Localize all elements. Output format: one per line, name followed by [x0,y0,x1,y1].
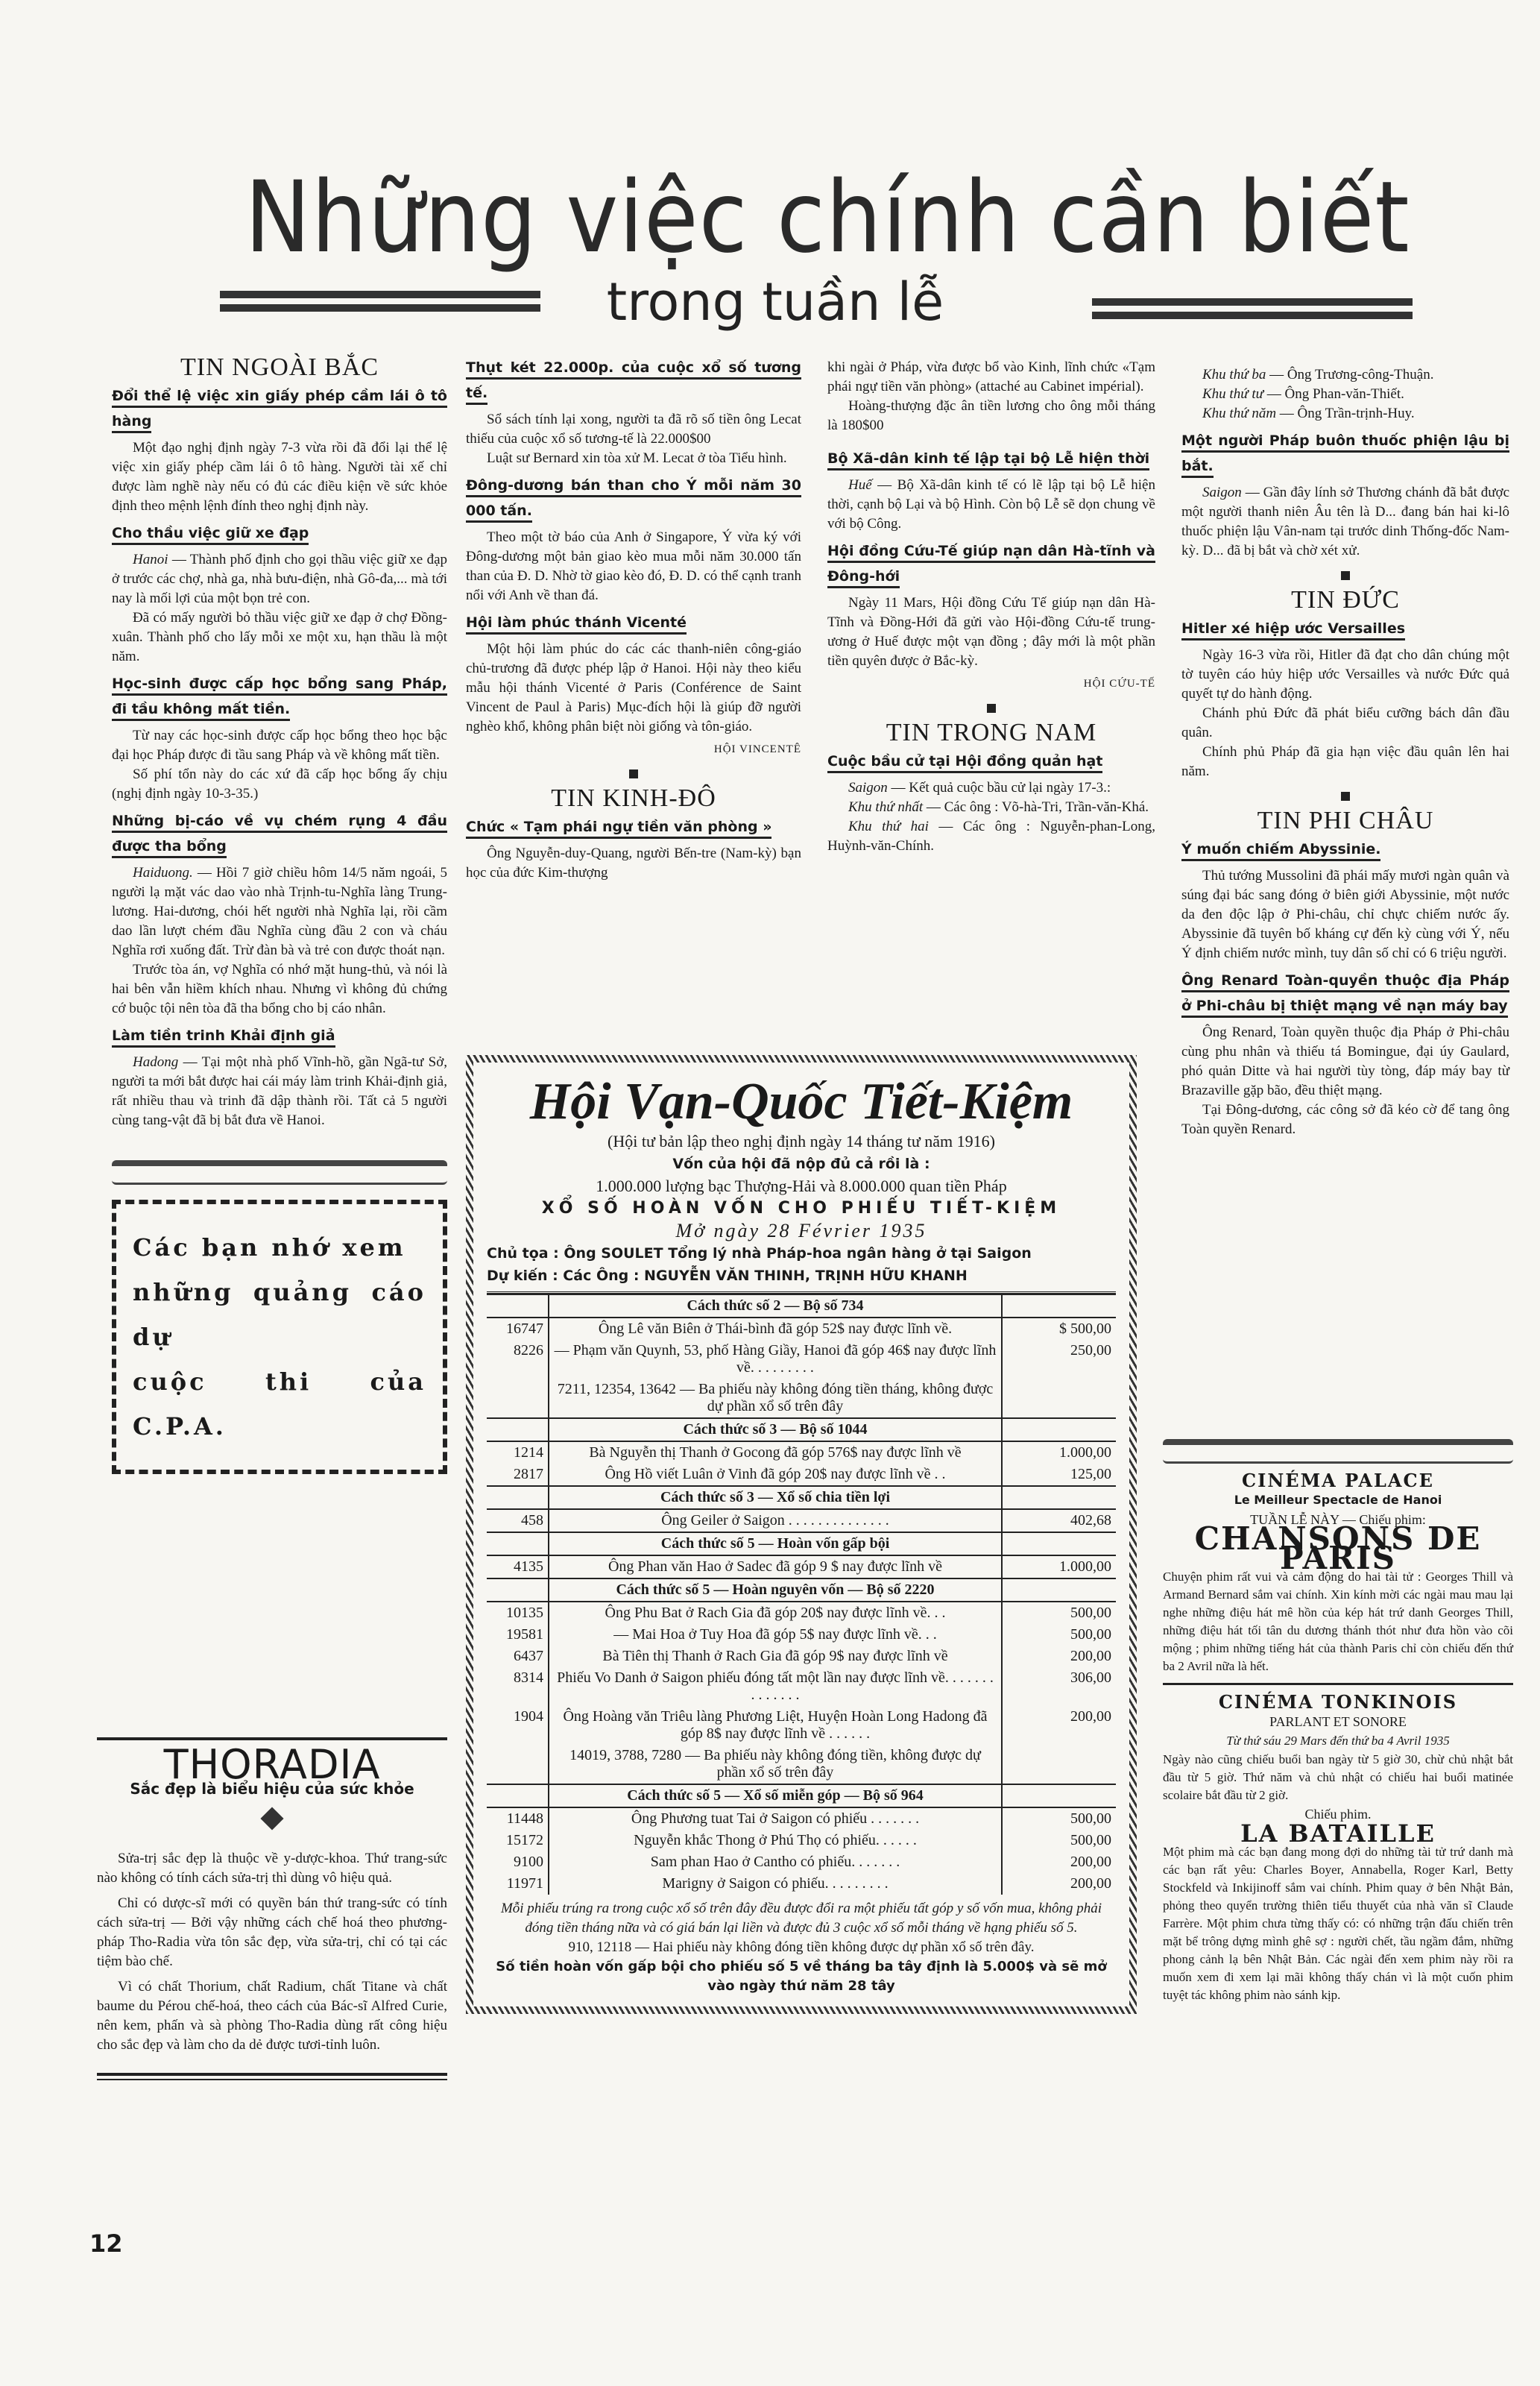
winner-description: 7211, 12354, 13642 — Ba phiếu này không … [549,1379,1002,1418]
article-body: khi ngài ở Pháp, vừa được bổ vào Kinh, l… [827,358,1155,397]
lottery-category-row: Cách thức số 5 — Xổ số miễn góp — Bộ số … [487,1784,1116,1807]
prize-amount: 200,00 [1002,1706,1116,1745]
article-body: Một đạo nghị định ngày 7-3 vừa rồi đã đổ… [112,438,447,516]
ticket-number: 6437 [487,1646,549,1667]
headline: Đổi thể lệ việc xin giấy phép cầm lái ô … [112,388,447,433]
ticket-number: 15172 [487,1830,549,1851]
winner-description: Cách thức số 5 — Hoàn vốn gấp bội [549,1532,1002,1555]
winner-description: Ông Geiler ở Saigon . . . . . . . . . . … [549,1509,1002,1532]
prize-amount: 500,00 [1002,1624,1116,1646]
lottery-winner-row: 458Ông Geiler ở Saigon . . . . . . . . .… [487,1509,1116,1532]
article-body: Theo một tờ báo của Anh ở Singapore, Ý v… [466,528,801,605]
headline: Làm tiền trinh Khải định giả [112,1027,335,1048]
prize-amount: 125,00 [1002,1464,1116,1486]
dateline: Saigon [848,780,888,796]
winner-description: Phiếu Vo Danh ở Saigon phiếu đóng tất mộ… [549,1667,1002,1706]
cinema-ads: CINÉMA PALACE Le Meilleur Spectacle de H… [1163,1432,1513,2004]
article-body: Đã có mấy người bỏ thầu việc giữ xe đạp … [112,608,447,667]
bullet-ornament-icon [629,769,638,778]
ticket-number: 11971 [487,1873,549,1895]
ticket-number: 8314 [487,1667,549,1706]
section-tin-kinh-do: TIN KINH-ĐÔ [466,789,801,808]
ticket-number: 19581 [487,1624,549,1646]
district-text: — Các ông : Võ-hà-Tri, Trần-văn-Khá. [927,799,1149,815]
dateline: Hadong [133,1054,178,1070]
winner-description: Ông Hoàng văn Triêu làng Phương Liệt, Hu… [549,1706,1002,1745]
lottery-winner-row: 8226— Phạm văn Quynh, 53, phố Hàng Giầy,… [487,1340,1116,1379]
prize-amount: 200,00 [1002,1873,1116,1895]
lottery-winner-row: 10135Ông Phu Bat ở Rach Gia đã góp 20$ n… [487,1602,1116,1624]
column-4: Khu thứ ba — Ông Trương-công-Thuận. Khu … [1181,365,1509,1139]
headline: Hội làm phúc thánh Vicenté [466,614,687,635]
winner-description: Bà Tiên thị Thanh ở Rach Gia đã góp 9$ n… [549,1646,1002,1667]
cinema-tonkinois-subtitle: PARLANT ET SONORE [1163,1712,1513,1731]
article-body: Thủ tướng Mussolini đã phái mấy mươi ngà… [1181,866,1509,963]
cinema-palace-slogan: Le Meilleur Spectacle de Hanoi [1163,1491,1513,1510]
thoradia-body: Sửa-trị sắc đẹp là thuộc về y-dược-khoa.… [97,1849,447,1888]
section-tin-trong-nam: TIN TRONG NAM [827,723,1155,743]
divider [1163,1683,1513,1685]
section-tin-duc: TIN ĐỨC [1181,591,1509,610]
winner-description: Sam phan Hao ở Cantho có phiếu. . . . . … [549,1851,1002,1873]
lottery-category-row: Cách thức số 5 — Hoàn vốn gấp bội [487,1532,1116,1555]
article-body: Trước tòa án, vợ Nghĩa có nhớ mặt hung-t… [112,960,447,1019]
ticket-number [487,1294,549,1318]
thoradia-ad: THORADIA Sắc đẹp là biểu hiệu của sức kh… [97,1737,447,2080]
thoradia-body: Vì có chất Thorium, chất Radium, chất Ti… [97,1977,447,2055]
lottery-winner-row: 8314Phiếu Vo Danh ở Saigon phiếu đóng tấ… [487,1667,1116,1706]
headline: Bộ Xã-dân kinh tế lập tại bộ Lễ hiện thờ… [827,450,1149,470]
article-body: Chính phủ Pháp đã gia hạn việc đầu quân … [1181,743,1509,781]
ticket-number: 458 [487,1509,549,1532]
ticket-number [487,1578,549,1602]
district-text: — Ông Trần-trịnh-Huy. [1280,406,1415,421]
film-title: CHANSONS DE PARIS [1163,1529,1513,1568]
column-2: Thụt két 22.000p. của cuộc xổ số tương t… [466,350,801,883]
lottery-category-row: Cách thức số 5 — Hoàn nguyên vốn — Bộ số… [487,1578,1116,1602]
cinema-tonkinois-dates: Từ thứ sáu 29 Mars đến thứ ba 4 Avril 19… [1163,1731,1513,1751]
article-body: Ngày 11 Mars, Hội đồng Cứu Tế giúp nạn d… [827,594,1155,671]
article-body: Chánh phủ Đức đã phát biểu cưỡng bách dâ… [1181,704,1509,743]
district-label: Khu thứ năm [1202,406,1276,421]
prize-amount: 200,00 [1002,1851,1116,1873]
ticket-number: 11448 [487,1807,549,1830]
lottery-winner-row: 11971Marigny ở Saigon có phiếu. . . . . … [487,1873,1116,1895]
winner-description: Nguyễn khắc Thong ở Phú Thọ có phiếu. . … [549,1830,1002,1851]
prize-amount [1002,1745,1116,1784]
headline: Cuộc bầu cử tại Hội đồng quản hạt [827,753,1102,773]
prize-amount: 1.000,00 [1002,1441,1116,1464]
article-body: Một hội làm phúc do các các thanh-niên c… [466,640,801,737]
article-body: Tại Đông-dương, các công sở đã kéo cờ để… [1181,1101,1509,1139]
lottery-winner-row: 19581— Mai Hoa ở Tuy Hoa đã góp 5$ nay đ… [487,1624,1116,1646]
winner-description: Marigny ở Saigon có phiếu. . . . . . . .… [549,1873,1002,1895]
ticket-number: 16747 [487,1318,549,1340]
dateline: Hanoi [133,552,168,567]
ticket-number [487,1379,549,1418]
headline: Hitler xé hiệp ước Versailles [1181,620,1405,640]
winner-description: — Mai Hoa ở Tuy Hoa đã góp 5$ nay được l… [549,1624,1002,1646]
prize-amount [1002,1784,1116,1807]
prize-amount: $ 500,00 [1002,1318,1116,1340]
article-body: Ngày 16-3 vừa rồi, Hitler đã đạt cho dân… [1181,646,1509,704]
prize-amount: 500,00 [1002,1807,1116,1830]
cpa-ad-line: cuộc thi của C.P.A. [133,1359,426,1449]
ticket-number [487,1784,549,1807]
lottery-winner-row: 15172Nguyễn khắc Thong ở Phú Thọ có phiế… [487,1830,1116,1851]
lottery-category-row: Cách thức số 3 — Bộ số 1044 [487,1418,1116,1441]
headline: Ý muốn chiếm Abyssinie. [1181,841,1380,861]
lottery-footer-note: 910, 12118 — Hai phiếu này không đóng ti… [487,1938,1116,1957]
lottery-ad: Hội Vạn-Quốc Tiết-Kiệm (Hội tư bản lập t… [466,1055,1137,2014]
divider [97,2073,447,2080]
section-tin-ngoai-bac: TIN NGOÀI BẮC [112,358,447,377]
winner-description: — Phạm văn Quynh, 53, phố Hàng Giầy, Han… [549,1340,1002,1379]
lottery-results-table: Cách thức số 2 — Bộ số 73416747Ông Lê vă… [487,1294,1116,1895]
lottery-footer-bold: Số tiền hoàn vốn gấp bội cho phiếu số 5 … [487,1957,1116,1996]
winner-description: Bà Nguyễn thị Thanh ở Gocong đã góp 576$… [549,1441,1002,1464]
prize-amount [1002,1294,1116,1318]
winner-description: Ông Lê văn Biên ở Thái-bình đã góp 52$ n… [549,1318,1002,1340]
headline: Ông Renard Toàn-quyền thuộc địa Pháp ở P… [1181,972,1509,1018]
title-rule-right [1092,298,1413,328]
signature: HỘI VINCENTÊ [466,740,801,759]
headline: Chức « Tạm phái ngự tiền văn phòng » [466,819,771,839]
dateline: Haiduong. [133,865,193,881]
winner-description: Cách thức số 5 — Xổ số miễn góp — Bộ số … [549,1784,1002,1807]
lottery-note-row: 14019, 3788, 7280 — Ba phiếu này không đ… [487,1745,1116,1784]
prize-amount: 306,00 [1002,1667,1116,1706]
bullet-ornament-icon [1341,792,1350,801]
diamond-ornament-icon [260,1807,283,1830]
prize-amount [1002,1532,1116,1555]
article-body: Sổ sách tính lại xong, người ta đã rõ số… [466,410,801,449]
lottery-winner-row: 16747Ông Lê văn Biên ở Thái-bình đã góp … [487,1318,1116,1340]
column-3: khi ngài ở Pháp, vừa được bổ vào Kinh, l… [827,358,1155,856]
lottery-winner-row: 9100Sam phan Hao ở Cantho có phiếu. . . … [487,1851,1116,1873]
lottery-winner-row: 1214Bà Nguyễn thị Thanh ở Gocong đã góp … [487,1441,1116,1464]
headline: Đông-dương bán than cho Ý mỗi năm 30 000… [466,477,801,523]
page-number: 12 [89,2229,123,2258]
winner-description: Ông Phương tuat Tai ở Saigon có phiếu . … [549,1807,1002,1830]
film-description: Chuyện phim rất vui và cảm động do hai t… [1163,1568,1513,1675]
lottery-ad-line: Vốn của hội đã nộp đủ cả rồi là : [487,1153,1116,1175]
page-title: Những việc chính cần biết [216,168,1439,266]
lottery-ad-line: Chủ tọa : Ông SOULET Tổng lý nhà Pháp-ho… [487,1242,1116,1265]
lottery-ad-line: Dự kiến : Các Ông : NGUYỄN VĂN THINH, TR… [487,1265,1116,1294]
column-1: TIN NGOÀI BẮC Đổi thể lệ việc xin giấy p… [112,350,447,1474]
cpa-ad: Các bạn nhớ xem những quảng cáo dự cuộc … [112,1200,447,1474]
lottery-ad-title: Hội Vạn-Quốc Tiết-Kiệm [487,1073,1116,1130]
ticket-number: 10135 [487,1602,549,1624]
article-body: — Kết quả cuộc bầu cử lại ngày 17-3.: [892,780,1111,796]
ticket-number: 9100 [487,1851,549,1873]
headline: Hội đồng Cứu-Tế giúp nạn dân Hà-tĩnh và … [827,543,1155,588]
section-tin-phi-chau: TIN PHI CHÂU [1181,811,1509,831]
cinema-palace-name: CINÉMA PALACE [1163,1471,1513,1491]
lottery-ad-line: (Hội tư bản lập theo nghị định ngày 14 t… [487,1130,1116,1153]
winner-description: 14019, 3788, 7280 — Ba phiếu này không đ… [549,1745,1002,1784]
film-title: LA BATAILLE [1163,1824,1513,1843]
dateline: Huế [848,477,872,493]
ticket-number: 1214 [487,1441,549,1464]
district-text: — Ông Phan-văn-Thiết. [1267,386,1404,402]
lottery-ad-line: 1.000.000 lượng bạc Thượng-Hải và 8.000.… [487,1175,1116,1197]
prize-amount: 402,68 [1002,1509,1116,1532]
cinema-tonkinois-name: CINÉMA TONKINOIS [1163,1693,1513,1712]
dateline: Saigon [1202,485,1242,500]
lottery-footer-italic: Mỗi phiếu trúng ra trong cuộc xổ số trên… [487,1899,1116,1938]
lottery-winner-row: 4135Ông Phan văn Hao ở Sadec đã góp 9 $ … [487,1555,1116,1578]
bullet-ornament-icon [1341,571,1350,580]
winner-description: Ông Phan văn Hao ở Sadec đã góp 9 $ nay … [549,1555,1002,1578]
prize-amount [1002,1486,1116,1509]
lottery-winner-row: 6437Bà Tiên thị Thanh ở Rach Gia đã góp … [487,1646,1116,1667]
prize-amount [1002,1578,1116,1602]
district-text: — Ông Trương-công-Thuận. [1269,367,1433,383]
article-body: Ông Nguyễn-duy-Quang, người Bến-tre (Nam… [466,844,801,883]
bullet-ornament-icon [987,704,996,713]
winner-description: Ông Hồ viết Luân ở Vinh đã góp 20$ nay đ… [549,1464,1002,1486]
headline: Một người Pháp buôn thuốc phiện lậu bị b… [1181,432,1509,478]
ticket-number [487,1418,549,1441]
signature: HỘI CỨU-TẾ [827,674,1155,693]
cinema-tonkinois-schedule: Ngày nào cũng chiếu buổi ban ngày từ 5 g… [1163,1751,1513,1804]
article-body: Số phí tổn này do các xứ đã cấp học bổng… [112,765,447,804]
title-rule-left [220,291,540,321]
prize-amount: 500,00 [1002,1830,1116,1851]
winner-description: Cách thức số 5 — Hoàn nguyên vốn — Bộ số… [549,1578,1002,1602]
prize-amount: 1.000,00 [1002,1555,1116,1578]
ticket-number: 1904 [487,1706,549,1745]
cpa-ad-line: Các bạn nhớ xem [133,1225,426,1270]
thoradia-title: THORADIA [97,1755,447,1775]
prize-amount: 500,00 [1002,1602,1116,1624]
thoradia-tagline: Sắc đẹp là biểu hiệu của sức khỏe [97,1779,447,1798]
article-body: Hoàng-thượng đặc ân tiền lương cho ông m… [827,397,1155,435]
prize-amount: 200,00 [1002,1646,1116,1667]
article-body: — Bộ Xã-dân kinh tế có lẽ lập tại bộ Lễ … [827,477,1155,532]
district-label: Khu thứ hai [848,819,929,834]
winner-description: Cách thức số 3 — Bộ số 1044 [549,1418,1002,1441]
headline: Cho thầu việc giữ xe đạp [112,525,309,545]
district-label: Khu thứ ba [1202,367,1266,383]
wavy-divider [1163,1439,1513,1464]
film-description: Một phim mà các bạn đang mong đợi do nhữ… [1163,1843,1513,2004]
winner-description: Cách thức số 3 — Xổ số chia tiền lợi [549,1486,1002,1509]
winner-description: Ông Phu Bat ở Rach Gia đã góp 20$ nay đư… [549,1602,1002,1624]
district-label: Khu thứ nhất [848,799,923,815]
cpa-ad-line: những quảng cáo dự [133,1270,426,1359]
lottery-winner-row: 2817Ông Hồ viết Luân ở Vinh đã góp 20$ n… [487,1464,1116,1486]
lottery-category-row: Cách thức số 3 — Xổ số chia tiền lợi [487,1486,1116,1509]
lottery-category-row: Cách thức số 2 — Bộ số 734 [487,1294,1116,1318]
lottery-ad-line: XỔ SỐ HOÀN VỐN CHO PHIẾU TIẾT-KIỆM [487,1197,1116,1220]
article-body: Luật sư Bernard xin tòa xử M. Lecat ở tò… [466,449,801,468]
ticket-number [487,1532,549,1555]
ticket-number [487,1486,549,1509]
ticket-number: 4135 [487,1555,549,1578]
lottery-ad-line: Mở ngày 28 Février 1935 [487,1220,1116,1242]
ticket-number: 2817 [487,1464,549,1486]
headline: Học-sinh được cấp học bổng sang Pháp, đi… [112,676,447,721]
wavy-divider [112,1160,447,1185]
ticket-number [487,1745,549,1784]
prize-amount: 250,00 [1002,1340,1116,1379]
article-body: Từ nay các học-sinh được cấp học bổng th… [112,726,447,765]
lottery-winner-row: 1904Ông Hoàng văn Triêu làng Phương Liệt… [487,1706,1116,1745]
page-subtitle: trong tuần lễ [552,276,999,328]
lottery-winner-row: 11448Ông Phương tuat Tai ở Saigon có phi… [487,1807,1116,1830]
lottery-note-row: 7211, 12354, 13642 — Ba phiếu này không … [487,1379,1116,1418]
winner-description: Cách thức số 2 — Bộ số 734 [549,1294,1002,1318]
ticket-number: 8226 [487,1340,549,1379]
prize-amount [1002,1418,1116,1441]
article-body: Ông Renard, Toàn quyền thuộc địa Pháp ở … [1181,1023,1509,1101]
prize-amount [1002,1379,1116,1418]
thoradia-body: Chỉ có dược-sĩ mới có quyền bán thứ tran… [97,1894,447,1971]
headline: Thụt két 22.000p. của cuộc xổ số tương t… [466,359,801,405]
district-label: Khu thứ tư [1202,386,1263,402]
headline: Những bị-cáo về vụ chém rụng 4 đầu được … [112,813,447,858]
